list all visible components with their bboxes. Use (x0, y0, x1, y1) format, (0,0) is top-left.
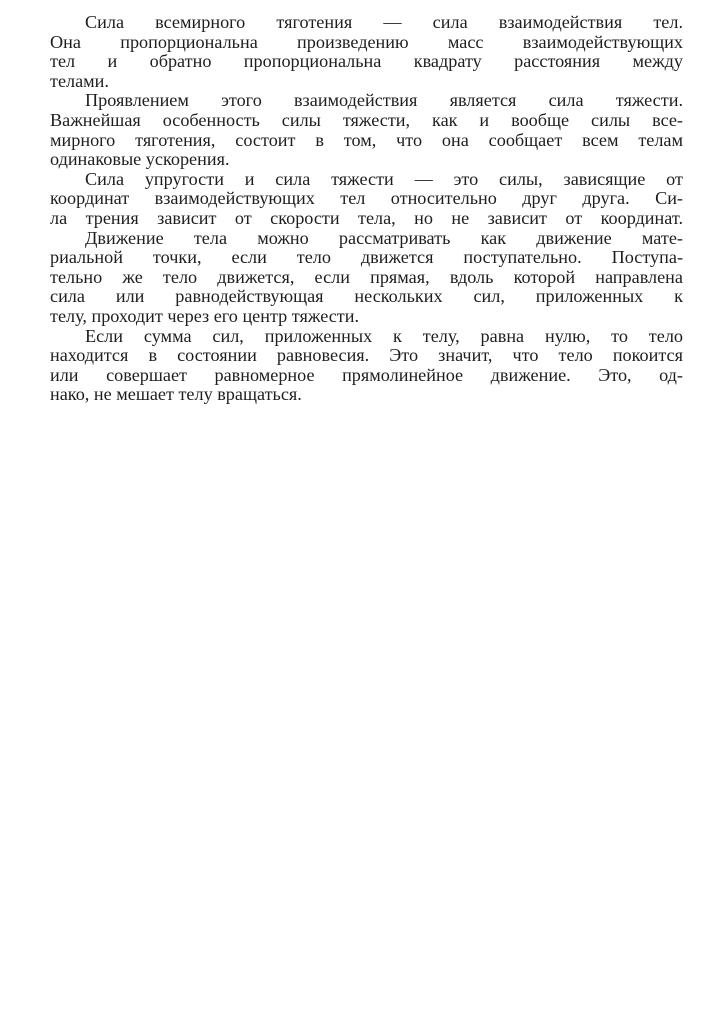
text-line: риальной точки, если тело движется посту… (50, 248, 683, 268)
text-line: Проявлением этого взаимодействия являетс… (50, 91, 683, 111)
text-line: находится в состоянии равновесия. Это зн… (50, 346, 683, 366)
paragraph: Сила всемирного тяготения — сила взаимод… (50, 13, 683, 91)
paragraph: Проявлением этого взаимодействия являетс… (50, 91, 683, 169)
text-line: Движение тела можно рассматривать как дв… (50, 229, 683, 249)
text-line: телами. (50, 72, 683, 92)
text-line: Она пропорциональна произведению масс вз… (50, 33, 683, 53)
text-line: или совершает равномерное прямолинейное … (50, 366, 683, 386)
paragraph: Если сумма сил, приложенных к телу, равн… (50, 327, 683, 405)
text-line: сила или равнодействующая нескольких сил… (50, 287, 683, 307)
text-line: координат взаимодействующих тел относите… (50, 189, 683, 209)
text-line: Сила упругости и сила тяжести — это силы… (50, 170, 683, 190)
document-page: Сила всемирного тяготения — сила взаимод… (50, 13, 683, 405)
text-line: Важнейшая особенность силы тяжести, как … (50, 111, 683, 131)
text-line: ла трения зависит от скорости тела, но н… (50, 209, 683, 229)
paragraph: Сила упругости и сила тяжести — это силы… (50, 170, 683, 229)
paragraph: Движение тела можно рассматривать как дв… (50, 229, 683, 327)
text-line: Если сумма сил, приложенных к телу, равн… (50, 327, 683, 347)
text-line: одинаковые ускорения. (50, 150, 683, 170)
text-line: мирного тяготения, состоит в том, что он… (50, 131, 683, 151)
text-line: телу, проходит через его центр тяжести. (50, 307, 683, 327)
text-line: тельно же тело движется, если прямая, вд… (50, 268, 683, 288)
text-line: нако, не мешает телу вращаться. (50, 385, 683, 405)
text-line: тел и обратно пропорциональна квадрату р… (50, 52, 683, 72)
text-line: Сила всемирного тяготения — сила взаимод… (50, 13, 683, 33)
